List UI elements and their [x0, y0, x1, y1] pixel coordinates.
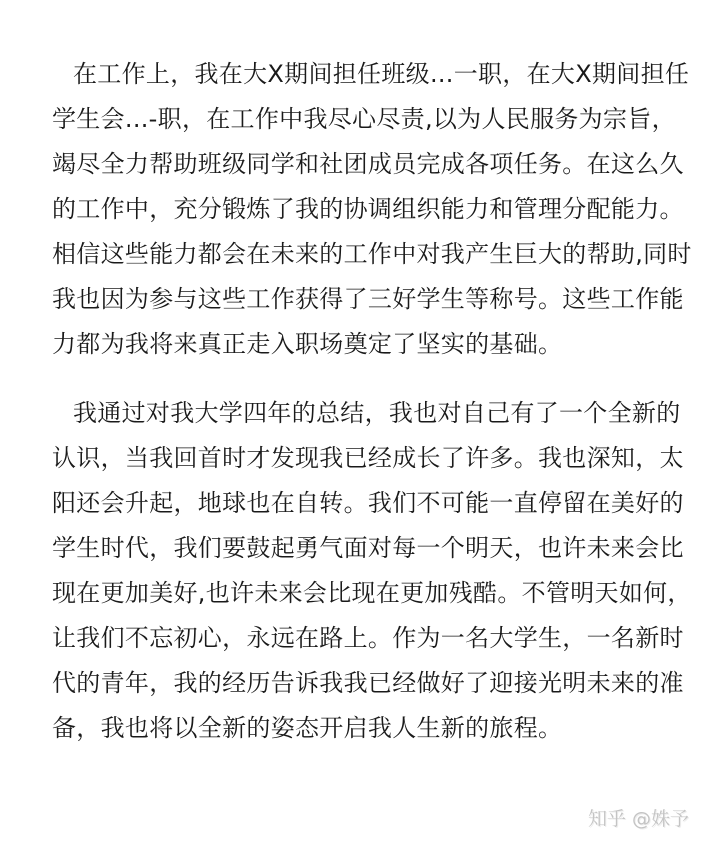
paragraph-2: 我通过对我大学四年的总结，我也对自己有了一个全新的 认识，当我回首时才发现我已经… — [52, 391, 672, 751]
zhihu-watermark: 知乎 @姝予 — [588, 804, 689, 831]
text-line: 在工作上，我在大X期间担任班级...一职，在大X期间担任 — [52, 52, 672, 97]
text-line: 的工作中，充分锻炼了我的协调组织能力和管理分配能力。 — [52, 187, 672, 232]
text-line: 现在更加美好,也许未来会比现在更加残酷。不管明天如何， — [52, 571, 672, 616]
text-line: 备，我也将以全新的姿态开启我人生新的旅程。 — [52, 706, 672, 751]
text-line: 阳还会升起，地球也在自转。我们不可能一直停留在美好的 — [52, 481, 672, 526]
text-line: 学生会...-职，在工作中我尽心尽责,以为人民服务为宗旨， — [52, 97, 672, 142]
text-line: 力都为我将来真正走入职场奠定了坚实的基础。 — [52, 322, 672, 367]
text-line: 让我们不忘初心，永远在路上。作为一名大学生，一名新时 — [52, 616, 672, 661]
text-line: 相信这些能力都会在未来的工作中对我产生巨大的帮助,同时 — [52, 232, 672, 277]
text-line: 竭尽全力帮助班级同学和社团成员完成各项任务。在这么久 — [52, 142, 672, 187]
text-line: 学生时代，我们要鼓起勇气面对每一个明天，也许未来会比 — [52, 526, 672, 571]
paragraph-1: 在工作上，我在大X期间担任班级...一职，在大X期间担任 学生会...-职，在工… — [52, 52, 672, 367]
text-line: 认识，当我回首时才发现我已经成长了许多。我也深知，太 — [52, 436, 672, 481]
text-line: 我通过对我大学四年的总结，我也对自己有了一个全新的 — [52, 391, 672, 436]
text-line: 代的青年，我的经历告诉我我已经做好了迎接光明未来的准 — [52, 661, 672, 706]
text-line: 我也因为参与这些工作获得了三好学生等称号。这些工作能 — [52, 277, 672, 322]
